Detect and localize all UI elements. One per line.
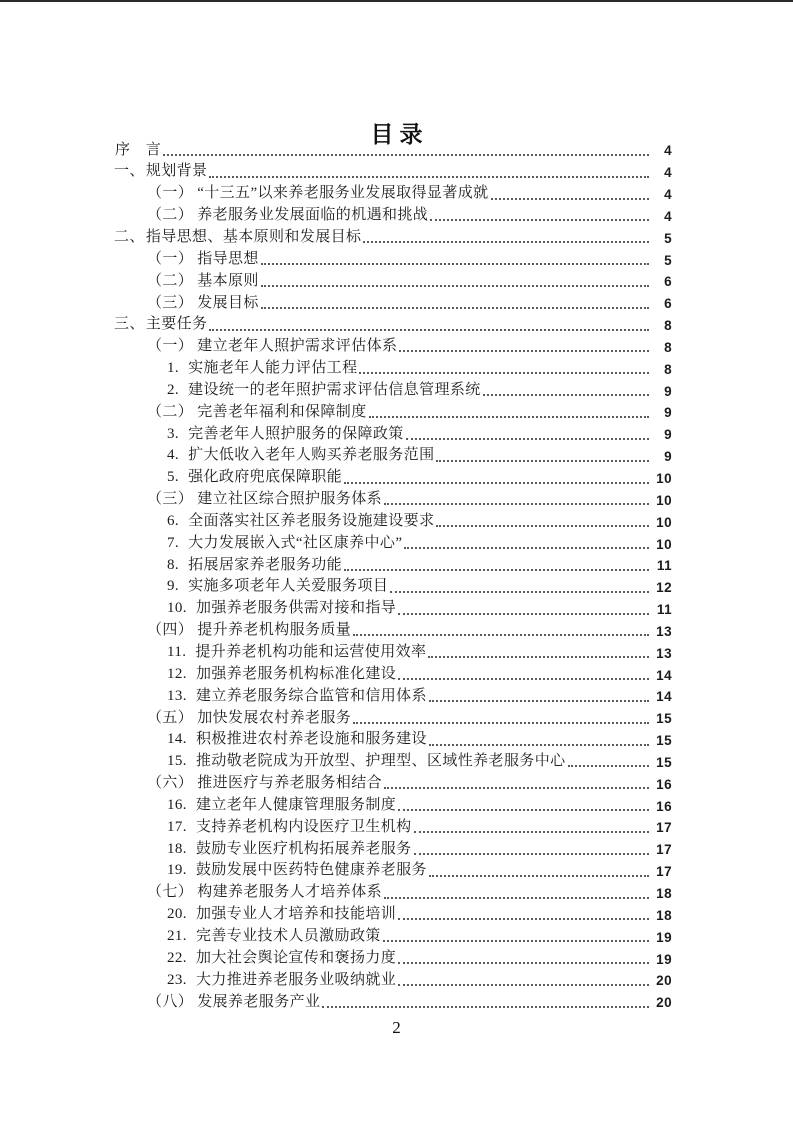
footer-page-number: 2 [0, 1018, 793, 1038]
toc-entry-label: 鼓励专业医疗机构拓展养老服务 [196, 841, 412, 858]
toc-entry-page: 16 [652, 799, 672, 815]
toc-entry-label: 建设统一的老年照护需求评估信息管理系统 [188, 382, 481, 399]
toc-entry-number: 9. [167, 578, 179, 595]
toc-entry-label: 指导思想、基本原则和发展目标 [146, 229, 362, 246]
dot-leader [261, 263, 649, 265]
toc-entry[interactable]: 22. 加大社会舆论宣传和褒扬力度 19 [114, 945, 672, 967]
toc-entry-number: （八） [147, 994, 193, 1011]
toc-entry-page: 14 [652, 689, 672, 705]
toc-entry-number: （四） [147, 622, 193, 639]
toc-entry[interactable]: 6. 全面落实社区养老服务设施建设要求 10 [114, 508, 672, 530]
dot-leader [383, 940, 649, 942]
toc-entry[interactable]: 二、 指导思想、基本原则和发展目标 5 [114, 224, 672, 246]
toc-entry[interactable]: 12. 加强养老服务机构标准化建设 14 [114, 661, 672, 683]
dot-leader [209, 329, 649, 331]
toc-entry[interactable]: （二） 养老服务业发展面临的机遇和挑战 4 [114, 203, 672, 225]
toc-entry-page: 15 [652, 733, 672, 749]
toc-entry[interactable]: （一） 建立老年人照护需求评估体系 8 [114, 334, 672, 356]
dot-leader [163, 154, 649, 156]
dot-leader [491, 198, 649, 200]
toc-entry-number: （六） [147, 775, 193, 792]
toc-entry[interactable]: （八） 发展养老服务产业 20 [114, 989, 672, 1011]
toc-entry-label: 实施老年人能力评估工程 [188, 360, 357, 377]
toc-entry-page: 4 [652, 165, 672, 181]
toc-entry-number: 15. [167, 753, 187, 770]
toc-entry-page: 4 [652, 209, 672, 225]
toc-entry-page: 4 [652, 143, 672, 159]
toc-entry[interactable]: 3. 完善老年人照护服务的保障政策 9 [114, 421, 672, 443]
toc-entry[interactable]: 14. 积极推进农村养老设施和服务建设 15 [114, 727, 672, 749]
toc-entry-page: 8 [652, 318, 672, 334]
toc-list: 序 言 4 一、 规划背景 4 （一） “十三五”以来养老服务业发展取得显著成就… [114, 137, 672, 1011]
dot-leader [404, 547, 649, 549]
toc-entry-page: 11 [652, 602, 672, 618]
toc-entry-page: 14 [652, 668, 672, 684]
dot-leader [399, 350, 649, 352]
toc-entry-number: 20. [167, 906, 187, 923]
toc-entry-page: 17 [652, 842, 672, 858]
toc-entry-label: 加强专业人才培养和技能培训 [196, 906, 396, 923]
toc-entry-label: 推动敬老院成为开放型、护理型、区域性养老服务中心 [196, 753, 566, 770]
toc-entry-page: 9 [652, 384, 672, 400]
toc-entry-number: 3. [167, 426, 179, 443]
toc-entry[interactable]: （一） “十三五”以来养老服务业发展取得显著成就 4 [114, 181, 672, 203]
dot-leader [568, 765, 649, 767]
toc-entry-label: 主要任务 [146, 316, 208, 333]
dot-leader [384, 503, 649, 505]
toc-entry[interactable]: 4. 扩大低收入老年人购买养老服务范围 9 [114, 443, 672, 465]
toc-entry-label: 建立老年人照护需求评估体系 [197, 338, 397, 355]
toc-entry-page: 6 [652, 274, 672, 290]
toc-entry-label: 加快发展农村养老服务 [197, 710, 351, 727]
toc-entry-label: 规划背景 [146, 163, 208, 180]
toc-entry[interactable]: 15. 推动敬老院成为开放型、护理型、区域性养老服务中心 15 [114, 749, 672, 771]
dot-leader [359, 372, 649, 374]
toc-entry-label: 实施多项老年人关爱服务项目 [188, 578, 388, 595]
toc-entry[interactable]: （七） 构建养老服务人才培养体系 18 [114, 880, 672, 902]
toc-entry-label: 扩大低收入老年人购买养老服务范围 [188, 447, 434, 464]
toc-entry-number: 12. [167, 666, 187, 683]
toc-entry-page: 8 [652, 362, 672, 378]
dot-leader [483, 394, 649, 396]
toc-entry-page: 9 [652, 427, 672, 443]
toc-entry[interactable]: （五） 加快发展农村养老服务 15 [114, 705, 672, 727]
dot-leader [209, 176, 649, 178]
toc-entry-number: 6. [167, 513, 179, 530]
toc-entry-number: （一） [147, 338, 193, 355]
toc-entry-page: 8 [652, 340, 672, 356]
toc-entry-page: 16 [652, 777, 672, 793]
toc-entry[interactable]: 23. 大力推进养老服务业吸纳就业 20 [114, 967, 672, 989]
toc-entry-label: 发展目标 [197, 295, 259, 312]
dot-leader [344, 569, 649, 571]
toc-entry[interactable]: 序 言 4 [114, 137, 672, 159]
toc-entry[interactable]: 8. 拓展居家养老服务功能 11 [114, 552, 672, 574]
toc-entry[interactable]: 9. 实施多项老年人关爱服务项目 12 [114, 574, 672, 596]
dot-leader [398, 809, 649, 811]
toc-entry-number: 三、 [114, 316, 145, 333]
toc-entry-page: 12 [652, 580, 672, 596]
toc-entry-label: 完善老年福利和保障制度 [197, 404, 366, 421]
toc-entry-label: 支持养老机构内设医疗卫生机构 [196, 819, 412, 836]
toc-entry-number: （五） [147, 710, 193, 727]
toc-entry-page: 13 [652, 646, 672, 662]
toc-entry[interactable]: （三） 建立社区综合照护服务体系 10 [114, 487, 672, 509]
toc-entry-page: 19 [652, 952, 672, 968]
toc-entry[interactable]: （四） 提升养老机构服务质量 13 [114, 618, 672, 640]
toc-entry-label: 建立老年人健康管理服务制度 [196, 797, 396, 814]
toc-entry-page: 19 [652, 930, 672, 946]
toc-entry-label: 序 言 [115, 142, 161, 159]
toc-entry-label: 构建养老服务人才培养体系 [197, 884, 382, 901]
toc-entry[interactable]: 10. 加强养老服务供需对接和指导 11 [114, 596, 672, 618]
toc-entry-number: 16. [167, 797, 187, 814]
toc-entry-page: 5 [652, 253, 672, 269]
toc-entry-label: 建立社区综合照护服务体系 [197, 491, 382, 508]
toc-entry[interactable]: 13. 建立养老服务综合监管和信用体系 14 [114, 683, 672, 705]
toc-entry-number: （二） [147, 207, 193, 224]
toc-entry[interactable]: （二） 基本原则 6 [114, 268, 672, 290]
dot-leader [261, 285, 649, 287]
toc-entry[interactable]: 11. 提升养老机构功能和运营使用效率 13 [114, 639, 672, 661]
toc-entry-label: 养老服务业发展面临的机遇和挑战 [197, 207, 428, 224]
toc-entry-number: （一） [147, 251, 193, 268]
dot-leader [398, 613, 649, 615]
document-page: 目录 序 言 4 一、 规划背景 4 （一） “十三五”以来养老服务业发展取得显… [0, 0, 793, 1122]
toc-entry-page: 11 [652, 558, 672, 574]
dot-leader [406, 438, 649, 440]
dot-leader [436, 525, 649, 527]
dot-leader [436, 460, 649, 462]
dot-leader [353, 722, 649, 724]
toc-entry-page: 10 [652, 471, 672, 487]
dot-leader [261, 307, 649, 309]
toc-entry-label: 加大社会舆论宣传和褒扬力度 [196, 950, 396, 967]
toc-entry-label: 提升养老机构服务质量 [197, 622, 351, 639]
toc-entry-label: “十三五”以来养老服务业发展取得显著成就 [197, 185, 488, 202]
toc-entry-label: 基本原则 [197, 273, 259, 290]
toc-entry-number: 14. [167, 731, 187, 748]
toc-entry-number: 8. [167, 557, 179, 574]
dot-leader [429, 875, 649, 877]
toc-entry[interactable]: 20. 加强专业人才培养和技能培训 18 [114, 902, 672, 924]
toc-entry-number: 19. [167, 862, 187, 879]
toc-entry-number: 23. [167, 972, 187, 989]
toc-entry-label: 完善老年人照护服务的保障政策 [188, 426, 404, 443]
toc-entry-label: 发展养老服务产业 [197, 994, 320, 1011]
toc-entry[interactable]: （二） 完善老年福利和保障制度 9 [114, 399, 672, 421]
toc-entry-label: 建立养老服务综合监管和信用体系 [196, 688, 427, 705]
toc-entry-number: 11. [167, 644, 186, 661]
toc-entry-page: 9 [652, 405, 672, 421]
toc-entry[interactable]: 16. 建立老年人健康管理服务制度 16 [114, 792, 672, 814]
toc-entry-number: （二） [147, 404, 193, 421]
toc-entry-number: （七） [147, 884, 193, 901]
toc-entry-page: 17 [652, 820, 672, 836]
toc-entry-number: 5. [167, 469, 179, 486]
toc-entry-number: （一） [147, 185, 193, 202]
dot-leader [369, 416, 649, 418]
toc-entry-page: 5 [652, 231, 672, 247]
toc-entry[interactable]: 18. 鼓励专业医疗机构拓展养老服务 17 [114, 836, 672, 858]
toc-entry-page: 15 [652, 755, 672, 771]
toc-entry-page: 10 [652, 493, 672, 509]
toc-entry[interactable]: 21. 完善专业技术人员激励政策 19 [114, 923, 672, 945]
toc-entry-number: （三） [147, 491, 193, 508]
toc-entry-page: 4 [652, 187, 672, 203]
dot-leader [429, 744, 649, 746]
toc-entry-label: 积极推进农村养老设施和服务建设 [196, 731, 427, 748]
toc-entry-number: 4. [167, 447, 179, 464]
toc-entry-label: 提升养老机构功能和运营使用效率 [195, 644, 426, 661]
page-top-border [0, 0, 793, 2]
toc-entry-number: 21. [167, 928, 187, 945]
toc-entry-number: 13. [167, 688, 187, 705]
dot-leader [344, 482, 649, 484]
toc-entry[interactable]: 1. 实施老年人能力评估工程 8 [114, 355, 672, 377]
dot-leader [398, 962, 649, 964]
toc-entry[interactable]: 2. 建设统一的老年照护需求评估信息管理系统 9 [114, 377, 672, 399]
toc-entry-page: 6 [652, 296, 672, 312]
toc-entry-number: 17. [167, 819, 187, 836]
dot-leader [414, 831, 649, 833]
dot-leader [398, 678, 649, 680]
dot-leader [428, 656, 649, 658]
toc-entry-label: 拓展居家养老服务功能 [188, 557, 342, 574]
toc-entry-label: 加强养老服务机构标准化建设 [196, 666, 396, 683]
toc-entry-page: 18 [652, 908, 672, 924]
toc-entry-number: （三） [147, 295, 193, 312]
toc-entry-number: 18. [167, 841, 187, 858]
toc-entry[interactable]: 5. 强化政府兜底保障职能 10 [114, 465, 672, 487]
toc-entry-label: 大力发展嵌入式“社区康养中心” [188, 535, 402, 552]
dot-leader [398, 918, 649, 920]
toc-entry-number: 2. [167, 382, 179, 399]
toc-entry-page: 17 [652, 864, 672, 880]
dot-leader [353, 634, 649, 636]
dot-leader [384, 897, 649, 899]
toc-entry-number: 7. [167, 535, 179, 552]
toc-entry-label: 完善专业技术人员激励政策 [196, 928, 381, 945]
dot-leader [363, 241, 649, 243]
dot-leader [390, 591, 649, 593]
toc-entry-page: 20 [652, 973, 672, 989]
toc-entry[interactable]: （一） 指导思想 5 [114, 246, 672, 268]
toc-entry[interactable]: 17. 支持养老机构内设医疗卫生机构 17 [114, 814, 672, 836]
toc-entry-label: 大力推进养老服务业吸纳就业 [196, 972, 396, 989]
toc-entry-page: 10 [652, 537, 672, 553]
toc-entry-page: 13 [652, 624, 672, 640]
toc-entry-number: 一、 [114, 163, 145, 180]
dot-leader [429, 700, 649, 702]
toc-entry[interactable]: （三） 发展目标 6 [114, 290, 672, 312]
toc-entry-label: 推进医疗与养老服务相结合 [197, 775, 382, 792]
toc-entry[interactable]: （六） 推进医疗与养老服务相结合 16 [114, 770, 672, 792]
toc-entry-page: 15 [652, 711, 672, 727]
toc-entry[interactable]: 7. 大力发展嵌入式“社区康养中心” 10 [114, 530, 672, 552]
dot-leader [384, 787, 649, 789]
toc-entry[interactable]: 19. 鼓励发展中医药特色健康养老服务 17 [114, 858, 672, 880]
dot-leader [414, 853, 649, 855]
toc-entry[interactable]: 三、 主要任务 8 [114, 312, 672, 334]
dot-leader [430, 219, 649, 221]
toc-entry-label: 强化政府兜底保障职能 [188, 469, 342, 486]
dot-leader [398, 984, 649, 986]
toc-entry-number: 22. [167, 950, 187, 967]
toc-entry-page: 18 [652, 886, 672, 902]
toc-entry-number: 10. [167, 600, 187, 617]
toc-entry-page: 20 [652, 995, 672, 1011]
toc-entry-label: 鼓励发展中医药特色健康养老服务 [196, 862, 427, 879]
toc-entry-page: 9 [652, 449, 672, 465]
toc-entry-number: 1. [167, 360, 179, 377]
toc-entry-number: （二） [147, 273, 193, 290]
toc-entry-page: 10 [652, 515, 672, 531]
toc-entry-number: 二、 [114, 229, 145, 246]
toc-entry-label: 全面落实社区养老服务设施建设要求 [188, 513, 434, 530]
toc-entry-label: 指导思想 [197, 251, 259, 268]
dot-leader [322, 1006, 649, 1008]
toc-entry-label: 加强养老服务供需对接和指导 [196, 600, 396, 617]
toc-entry[interactable]: 一、 规划背景 4 [114, 159, 672, 181]
